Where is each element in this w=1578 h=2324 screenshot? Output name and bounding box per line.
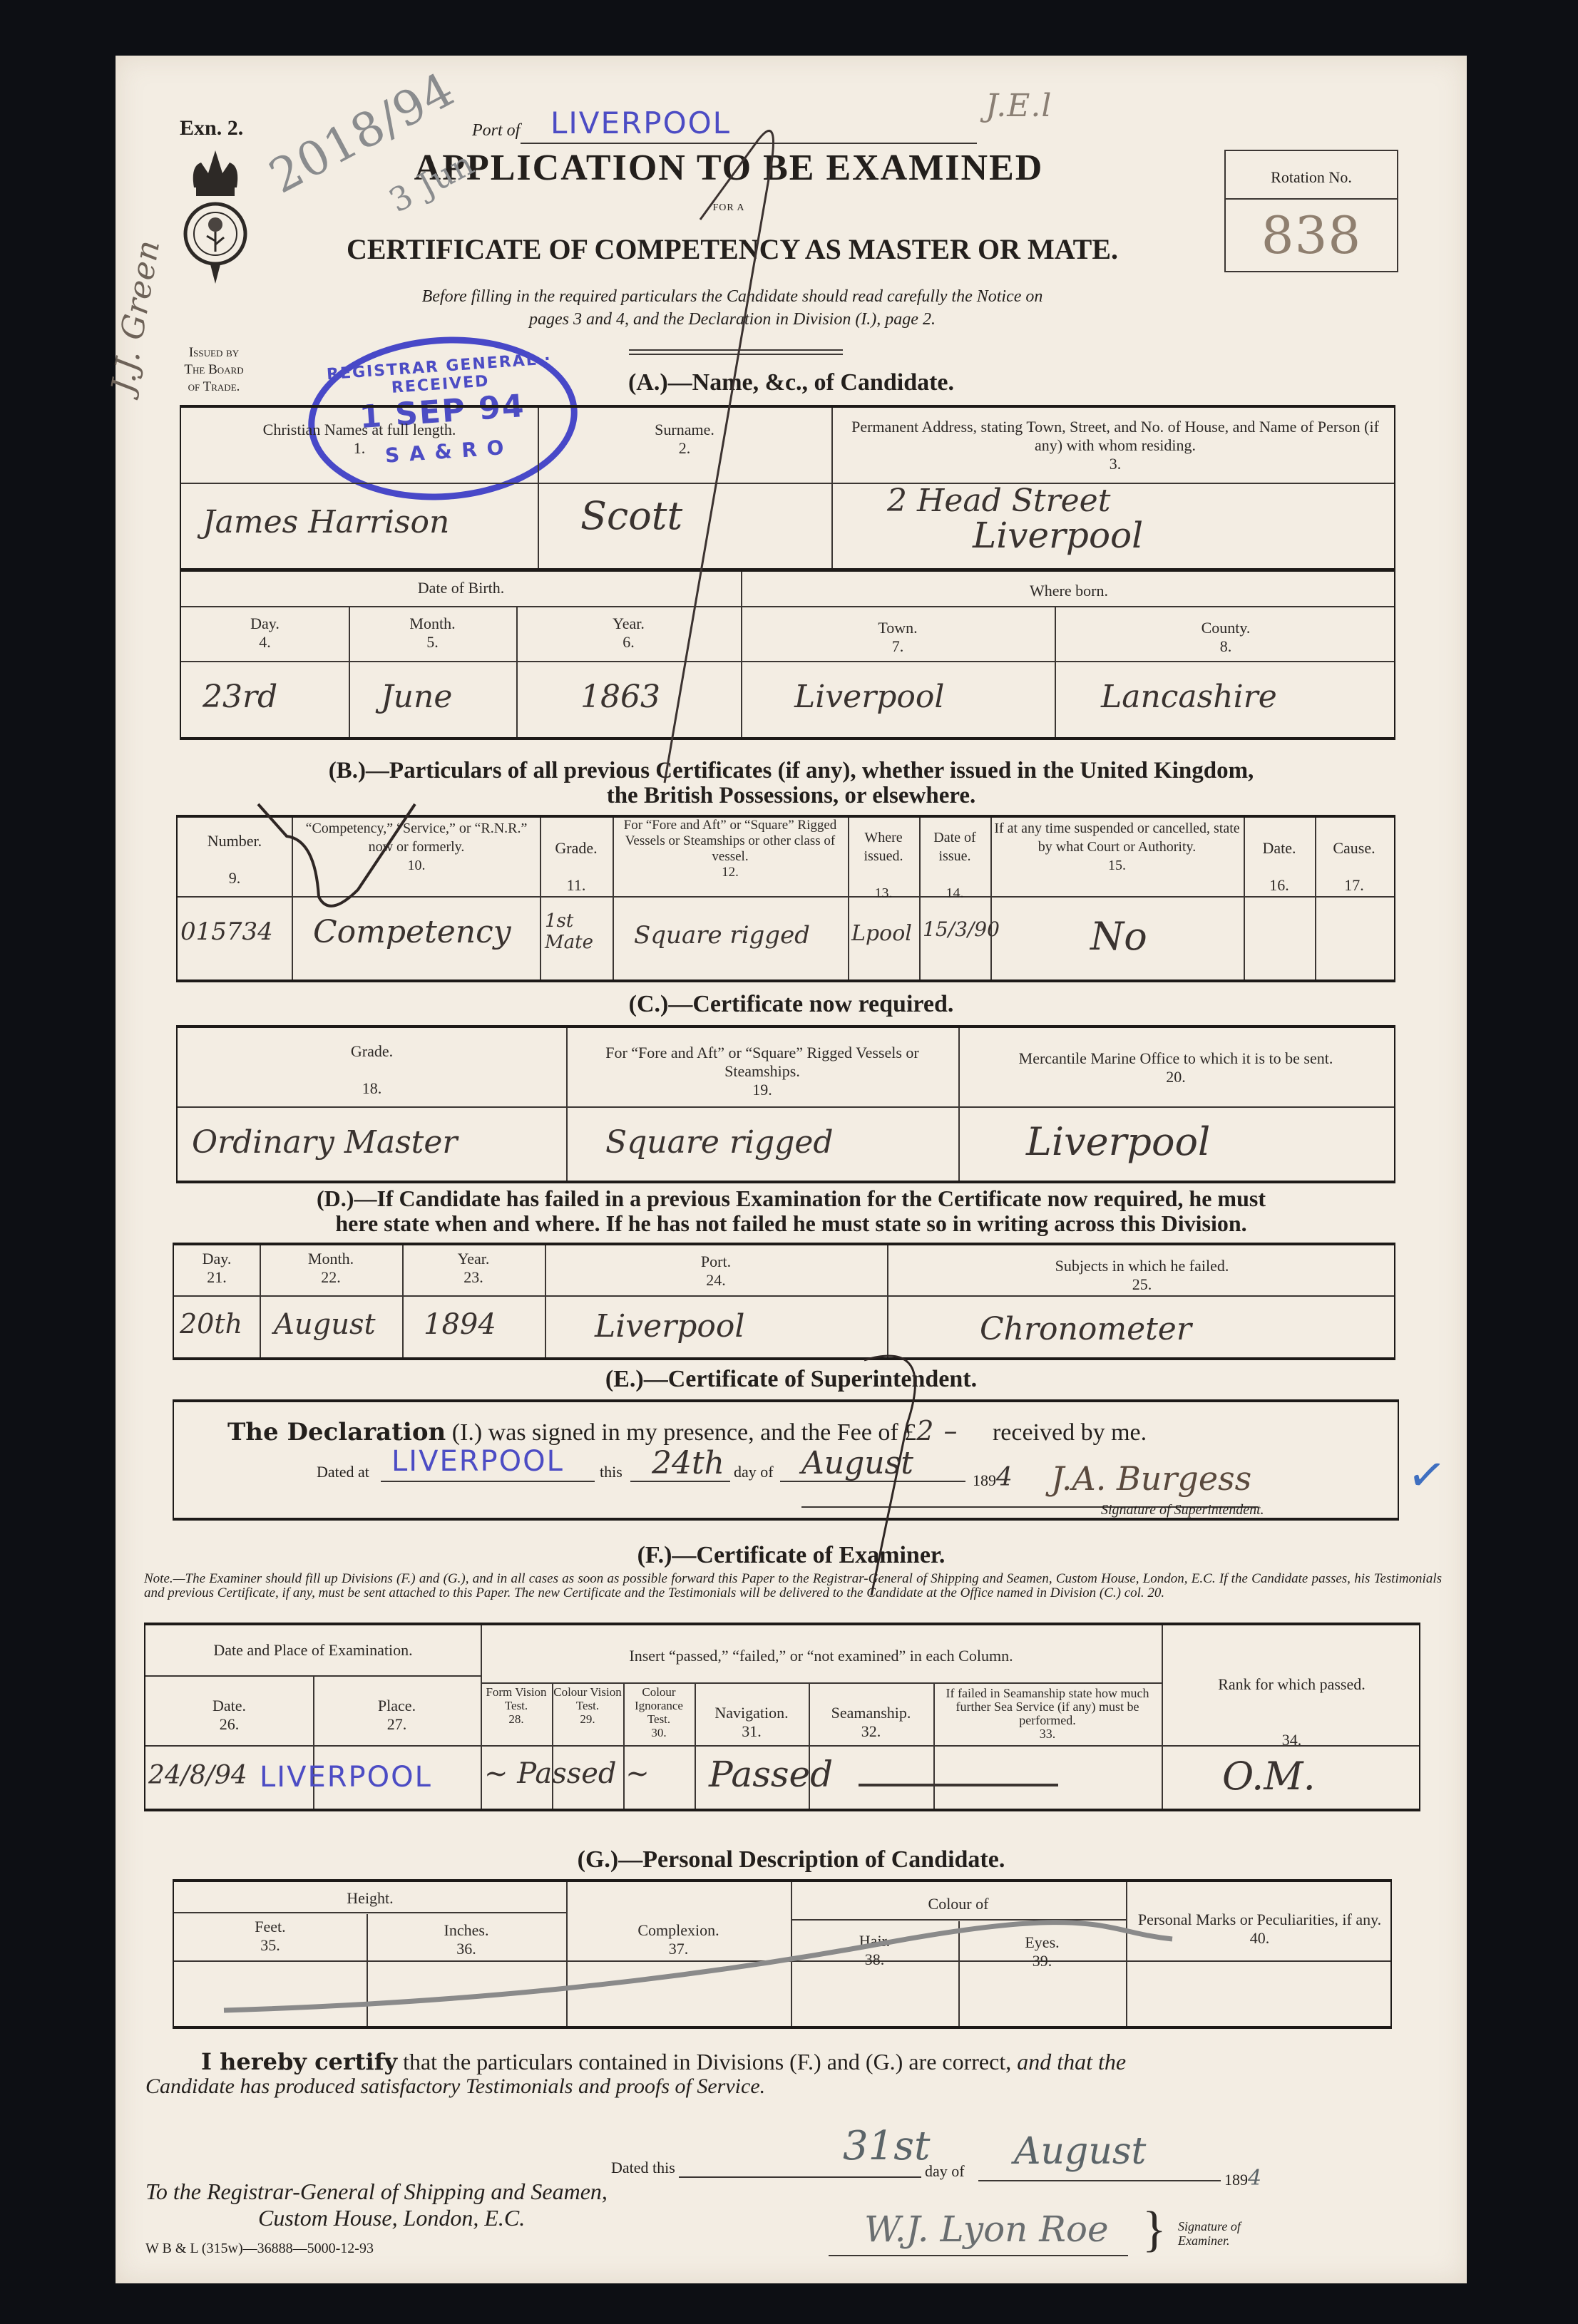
dated-at-stamp: LIVERPOOL xyxy=(391,1445,564,1478)
section-b-title-1: (B.)—Particulars of all previous Certifi… xyxy=(116,758,1467,784)
col-susp-date: Date.16. xyxy=(1244,839,1315,895)
birth-county-value: Lancashire xyxy=(1101,679,1277,715)
christian-names-value: James Harrison xyxy=(203,504,449,540)
col-christian-names: Christian Names at full length.1. xyxy=(181,421,538,458)
col-year: Year.6. xyxy=(516,615,741,652)
col-req-vessel: For “Fore and Aft” or “Square” Rigged Ve… xyxy=(584,1044,941,1099)
superintendent-day-value: 24th xyxy=(652,1445,724,1481)
superintendent-signature: J.A. Burgess xyxy=(1051,1459,1251,1498)
dob-month-value: June xyxy=(381,679,452,715)
board-of-trade-crest xyxy=(183,145,247,344)
superintendent-year-value: 4 xyxy=(996,1463,1013,1492)
navigation-seamanship-value: Passed xyxy=(709,1754,833,1795)
section-d-title-1: (D.)—If Candidate has failed in a previo… xyxy=(116,1186,1467,1212)
section-a-birth-table: Date of Birth. Where born. Day.4. Month.… xyxy=(180,569,1395,740)
declaration-text: The Declaration (I.) was signed in my pr… xyxy=(227,1415,1147,1446)
col-colour-vision: Colour Vision Test.29. xyxy=(552,1685,623,1726)
section-c-certificate-required-table: Grade.18. For “Fore and Aft” or “Square”… xyxy=(176,1025,1395,1183)
superintendent-month-value: August xyxy=(801,1445,913,1481)
fee-value: 2 – xyxy=(916,1415,958,1446)
col-day: Day.4. xyxy=(181,615,349,652)
port-label: Port of xyxy=(472,121,520,140)
registrar-address-line-2: Custom House, London, E.C. xyxy=(258,2205,525,2231)
col-colour-ignorance: Colour Ignorance Test.30. xyxy=(623,1685,695,1739)
birth-town-value: Liverpool xyxy=(794,679,944,715)
cert-where-issued-value: Lpool xyxy=(851,921,912,946)
col-navigation: Navigation.31. xyxy=(695,1704,809,1741)
fail-day-value: 20th xyxy=(180,1308,242,1340)
section-b-previous-certificates-table: Number.9. “Competency,” “Service,” or “R… xyxy=(176,815,1395,982)
address-line-2: Liverpool xyxy=(973,515,1143,556)
section-g-description-table: Height. Colour of Feet.35. Inches.36. Co… xyxy=(173,1879,1392,2029)
dated-at-label: Dated at xyxy=(317,1463,369,1481)
title-rule xyxy=(629,349,843,355)
group-insert-results: Insert “passed,” “failed,” or “not exami… xyxy=(481,1647,1162,1665)
superintendent-signature-label: Signature of Superintendent. xyxy=(1101,1502,1264,1518)
passed-dash-line xyxy=(859,1784,1058,1786)
col-number: Number.9. xyxy=(178,832,292,888)
section-f-title: (F.)—Certificate of Examiner. xyxy=(116,1542,1467,1569)
section-g-title: (G.)—Personal Description of Candidate. xyxy=(116,1846,1467,1873)
col-req-office: Mercantile Marine Office to which it is … xyxy=(983,1049,1368,1086)
col-rank-passed: Rank for which passed.34. xyxy=(1162,1675,1422,1749)
signature-brace: } xyxy=(1142,2201,1167,2258)
section-d-previous-failure-table: Day.21. Month.22. Year.23. Port.24. Subj… xyxy=(173,1243,1395,1360)
req-office-value: Liverpool xyxy=(1026,1119,1210,1164)
cert-number-value: 015734 xyxy=(180,917,273,946)
cert-suspended-value: No xyxy=(1090,914,1147,959)
top-initials: J.E.l xyxy=(985,88,1052,124)
instructions-line-2: pages 3 and 4, and the Declaration in Di… xyxy=(287,310,1178,329)
col-req-grade: Grade.18. xyxy=(178,1042,566,1098)
check-mark-icon: ✓ xyxy=(1404,1447,1449,1505)
col-further-sea-service: If failed in Seamanship state how much f… xyxy=(937,1687,1158,1741)
examiner-day-of-label: day of xyxy=(925,2162,965,2181)
examiner-signature: W.J. Lyon Roe xyxy=(864,2209,1109,2250)
col-exam-place: Place.27. xyxy=(313,1697,481,1734)
col-month: Month.5. xyxy=(349,615,516,652)
examiner-day-value: 31st xyxy=(843,2123,931,2169)
examiner-note: Note.—The Examiner should fill up Divisi… xyxy=(144,1572,1442,1600)
rotation-number: 838 xyxy=(1226,205,1397,265)
col-form-vision: Form Vision Test.28. xyxy=(481,1685,552,1726)
fail-month-value: August xyxy=(274,1308,376,1341)
section-e-superintendent-box: The Declaration (I.) was signed in my pr… xyxy=(173,1399,1399,1521)
examiner-year: 1894 xyxy=(1224,2166,1262,2191)
fail-port-value: Liverpool xyxy=(595,1308,744,1344)
rotation-box: Rotation No. 838 xyxy=(1224,150,1398,272)
certification-line-2: Candidate has produced satisfactory Test… xyxy=(145,2074,765,2099)
examiner-year-value: 4 xyxy=(1248,2166,1262,2191)
day-of-label: day of xyxy=(734,1463,774,1481)
cert-date-issue-value: 15/3/90 xyxy=(923,917,1000,941)
col-cause: Cause.17. xyxy=(1315,839,1393,895)
instructions-line-1: Before filling in the required particula… xyxy=(287,287,1178,307)
col-surname: Surname.2. xyxy=(538,421,831,458)
col-exam-date: Date.26. xyxy=(145,1697,313,1734)
col-fail-subjects: Subjects in which he failed.25. xyxy=(887,1257,1397,1294)
dob-group-label: Date of Birth. xyxy=(181,579,741,597)
col-fail-port: Port.24. xyxy=(545,1253,887,1290)
surname-value: Scott xyxy=(580,493,682,538)
section-e-title: (E.)—Certificate of Superintendent. xyxy=(116,1366,1467,1393)
dated-this-label: Dated this xyxy=(611,2159,675,2177)
exam-place-stamp: LIVERPOOL xyxy=(260,1761,432,1794)
for-a-label: FOR A xyxy=(329,202,1128,214)
form-code: Exn. 2. xyxy=(180,116,243,140)
cert-grade-value: 1st Mate xyxy=(545,910,609,953)
cert-type-value: Competency xyxy=(313,914,511,950)
pencil-strike-line xyxy=(174,1882,1393,2032)
this-label: this xyxy=(600,1463,623,1481)
print-code: W B & L (315w)—36888—5000-12-93 xyxy=(145,2241,374,2257)
address-line-1: 2 Head Street xyxy=(887,483,1110,519)
crown-crest-icon xyxy=(183,145,247,344)
form-subtitle: CERTIFICATE OF COMPETENCY AS MASTER OR M… xyxy=(280,232,1185,266)
col-address: Permanent Address, stating Town, Street,… xyxy=(851,418,1379,473)
req-vessel-value: Square rigged xyxy=(605,1124,834,1161)
section-a-title: (A.)—Name, &c., of Candidate. xyxy=(116,369,1467,396)
port-underline xyxy=(521,143,977,144)
col-town: Town.7. xyxy=(741,619,1055,656)
vision-tests-value: ~ Passed ~ xyxy=(484,1757,650,1790)
section-c-title: (C.)—Certificate now required. xyxy=(116,991,1467,1018)
col-vessel-type: For “Fore and Aft” or “Square” Rigged Ve… xyxy=(616,818,844,880)
col-competency: “Competency,” “Service,” or “R.N.R.” now… xyxy=(299,819,534,875)
examiner-month-value: August xyxy=(1014,2130,1146,2173)
born-group-label: Where born. xyxy=(741,582,1397,600)
col-fail-month: Month.22. xyxy=(260,1250,402,1287)
year-prefix: 1894 xyxy=(973,1463,1013,1492)
dob-day-value: 23rd xyxy=(203,679,277,715)
certification-line-1: I hereby certify that the particulars co… xyxy=(201,2048,1126,2075)
section-a-name-table: Christian Names at full length.1. Surnam… xyxy=(180,405,1395,571)
group-date-place: Date and Place of Examination. xyxy=(145,1641,481,1660)
certify-lead: I hereby certify xyxy=(201,2048,397,2075)
declaration-prefix: The Declaration xyxy=(227,1418,446,1446)
section-b-title-2: the British Possessions, or elsewhere. xyxy=(116,783,1467,809)
col-suspended: If at any time suspended or cancelled, s… xyxy=(994,819,1240,875)
col-grade: Grade.11. xyxy=(540,839,613,895)
fail-subjects-value: Chronometer xyxy=(980,1311,1192,1347)
cert-vessel-value: Square rigged xyxy=(634,921,810,950)
rotation-label: Rotation No. xyxy=(1226,168,1397,187)
section-d-title-2: here state when and where. If he has not… xyxy=(116,1210,1467,1237)
examiner-signature-label: Signature of Examiner. xyxy=(1178,2219,1242,2248)
section-f-examiner-table: Date and Place of Examination. Insert “p… xyxy=(144,1623,1420,1811)
col-date-of-issue: Date of issue.14. xyxy=(919,828,990,903)
fail-year-value: 1894 xyxy=(424,1308,496,1341)
col-fail-day: Day.21. xyxy=(174,1250,260,1287)
col-fail-year: Year.23. xyxy=(402,1250,545,1287)
col-seamanship: Seamanship.32. xyxy=(809,1704,933,1741)
exam-date-value: 24/8/94 xyxy=(148,1761,247,1790)
col-where-issued: Where issued.13. xyxy=(848,828,919,903)
dob-year-value: 1863 xyxy=(580,679,660,715)
col-county: County.8. xyxy=(1055,619,1397,656)
registrar-address-line-1: To the Registrar-General of Shipping and… xyxy=(145,2179,608,2205)
rank-passed-value: O.M. xyxy=(1222,1754,1316,1799)
req-grade-value: Ordinary Master xyxy=(192,1124,457,1161)
application-form-page: Exn. 2. Issued by The Board of Trade. Po… xyxy=(116,56,1467,2283)
port-stamp-value: LIVERPOOL xyxy=(550,106,731,140)
